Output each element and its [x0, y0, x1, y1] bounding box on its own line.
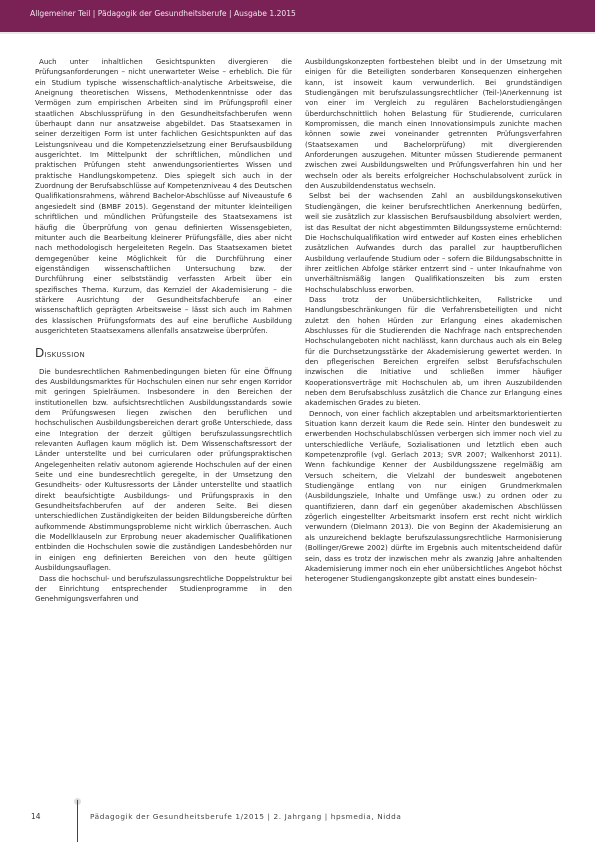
- header-divider: [0, 32, 595, 34]
- body-paragraph: Dass die hochschul- und berufszulassungs…: [35, 574, 292, 605]
- footer-vertical-rule: [77, 800, 78, 842]
- left-column: Auch unter inhaltlichen Gesichtspunkten …: [35, 57, 292, 605]
- page-number: 14: [31, 812, 41, 821]
- right-column: Ausbildungskonzepten fortbestehen bleibt…: [305, 57, 562, 585]
- heading-rest: iskussion: [45, 349, 85, 360]
- section-heading-diskussion: Diskussion: [35, 348, 292, 360]
- heading-initial: D: [35, 346, 45, 360]
- page-footer: 14 Pädagogik der Gesundheitsberufe 1/201…: [0, 800, 595, 842]
- body-paragraph: Die bundesrechtlichen Rahmenbedingungen …: [35, 367, 292, 574]
- body-paragraph: Dass trotz der Unübersichtlichkeiten, Fa…: [305, 295, 562, 409]
- publication-info: Pädagogik der Gesundheitsberufe 1/2015 |…: [90, 812, 401, 821]
- running-title: Allgemeiner Teil | Pädagogik der Gesundh…: [30, 9, 296, 18]
- body-paragraph: Selbst bei der wachsenden Zahl an ausbil…: [305, 191, 562, 294]
- body-paragraph: Dennoch, von einer fachlich akzeptablen …: [305, 409, 562, 585]
- body-paragraph: Auch unter inhaltlichen Gesichtspunkten …: [35, 57, 292, 336]
- running-header: Allgemeiner Teil | Pädagogik der Gesundh…: [0, 0, 595, 32]
- body-paragraph: Ausbildungskonzepten fortbestehen bleibt…: [305, 57, 562, 191]
